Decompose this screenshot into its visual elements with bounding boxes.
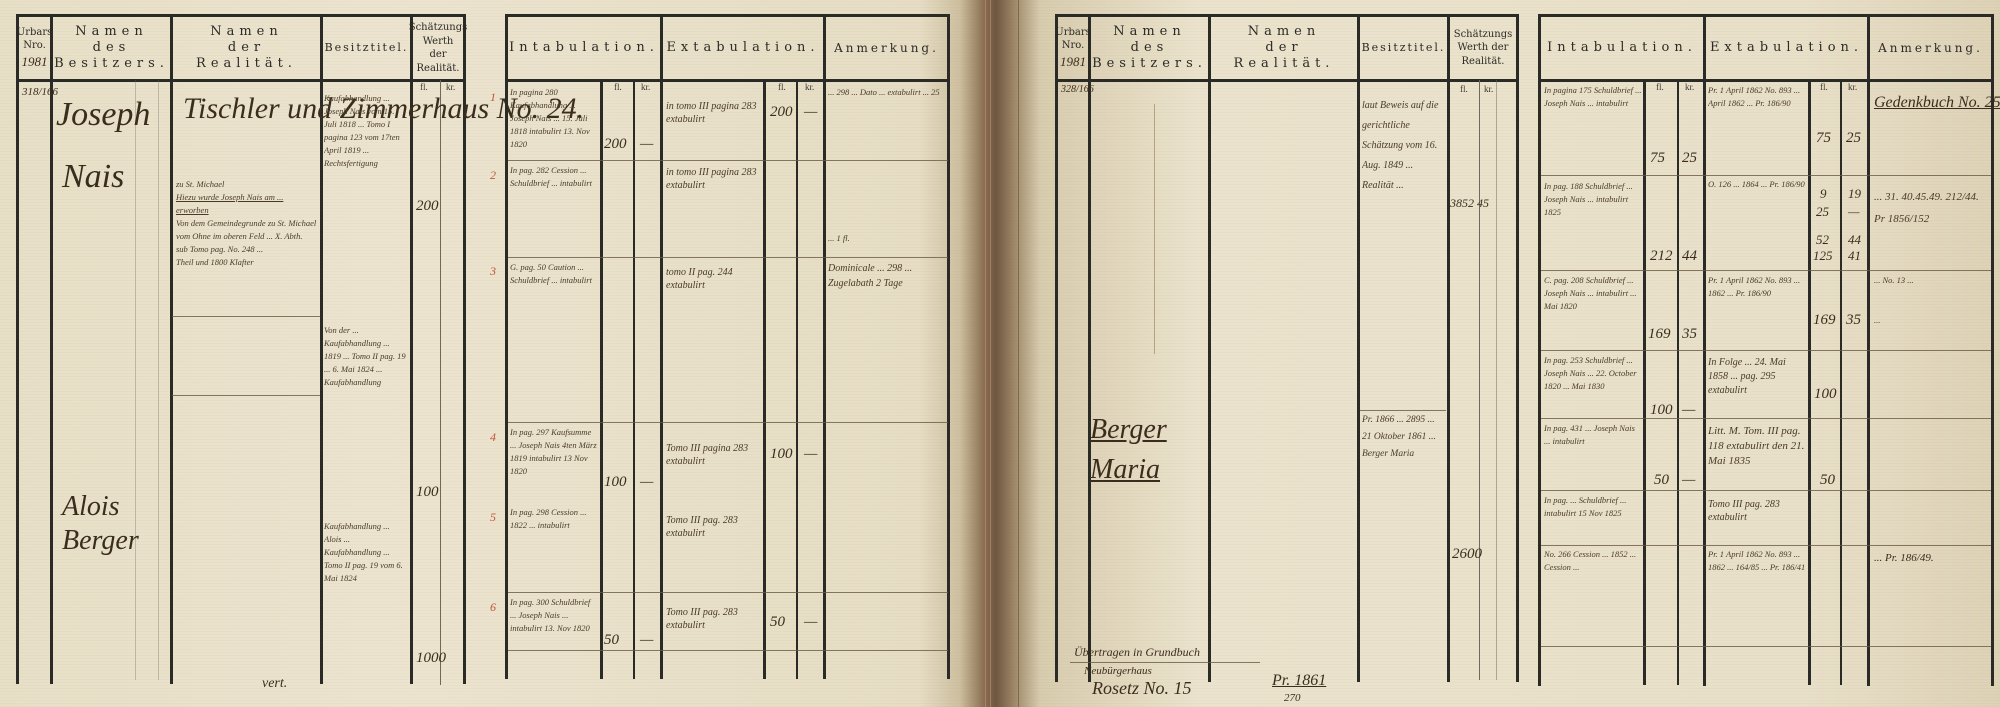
row-divider <box>1541 175 1991 176</box>
col-border <box>823 14 826 679</box>
currency-kr: kr. <box>446 82 455 92</box>
header-line: der <box>1265 40 1302 56</box>
besitztitel-entry: laut Beweis auf die gerichtliche Schätzu… <box>1362 96 1446 346</box>
intabulation-text: In pag. 298 Cession ... 1822 ... intabul… <box>510 506 598 590</box>
realitaet-line: Von dem Gemeindegrunde zu St. Michael <box>176 217 318 230</box>
int-fl: 100 <box>604 474 627 491</box>
anmerkung-text: ... 31. 40.45.49. 212/44. Pr 1856/152 <box>1874 186 1986 266</box>
extabulation-text: In Folge ... 24. Mai 1858 ... pag. 295 e… <box>1708 356 1806 416</box>
intabulation-text: In pagina 175 Schuldbrief ... Joseph Nai… <box>1544 84 1642 172</box>
col-divider-kr <box>440 80 441 685</box>
col-border <box>947 14 950 679</box>
werth-value: 2600 <box>1452 546 1482 563</box>
col-border <box>16 14 19 684</box>
col-border <box>660 14 663 679</box>
row-divider <box>1360 410 1446 411</box>
header-line: Schätzungs <box>409 21 468 35</box>
header-anmerkung: Anmerkung. <box>1870 17 1991 79</box>
header-line: Besitztitel. <box>1362 41 1446 55</box>
currency-kr: kr. <box>641 82 650 92</box>
owner-first-name: Joseph <box>56 96 150 134</box>
row-number: 4 <box>490 430 496 445</box>
intabulation-text: In pag. 188 Schuldbrief ... Joseph Nais … <box>1544 180 1642 268</box>
header-namen-realitaet: Namen der Realität. <box>173 17 320 79</box>
header-intabulation: Intabulation. <box>1541 17 1703 79</box>
intabulation-text: In pag. 253 Schuldbrief ... Joseph Nais … <box>1544 354 1642 416</box>
header-urbars: Urbars Nro. 1981 <box>19 17 50 79</box>
header-namen-realitaet: Namen der Realität. <box>1211 17 1357 79</box>
header-anmerkung: Anmerkung. <box>826 17 947 79</box>
col-border <box>1643 80 1646 685</box>
row-divider <box>508 257 948 258</box>
anmerkung-text: ... <box>1874 314 1986 424</box>
ext-fl: 50 <box>770 614 785 631</box>
col-border <box>1677 80 1679 685</box>
col-border <box>505 14 508 679</box>
int-fl: 100 <box>1650 402 1673 419</box>
page-edge <box>1018 0 1019 707</box>
transfer-ref-number: 270 <box>1284 692 1301 704</box>
ledger-spread: Urbars Nro. 1981 Namen des Besitzers. Na… <box>0 0 2000 707</box>
page-right-owners: Urbars Nro. 1981 Namen des Besitzers. Na… <box>1030 0 1530 707</box>
intabulation-text: In pag. 300 Schuldbrief ... Joseph Nais … <box>510 596 598 648</box>
row-number: 2 <box>490 168 496 183</box>
ext-kr: 41 <box>1848 248 1861 264</box>
page-left-owners: Urbars Nro. 1981 Namen des Besitzers. Na… <box>0 0 480 707</box>
header-line: Besitztitel. <box>325 41 409 55</box>
page-edge <box>985 0 986 707</box>
col-border <box>1991 14 1994 686</box>
underline <box>1070 662 1260 663</box>
header-line: Anmerkung. <box>834 41 939 56</box>
footnote-vert: vert. <box>262 676 287 692</box>
transfer-note-line: Übertragen in Grundbuch <box>1074 645 1200 660</box>
header-line: Realität. <box>1462 55 1505 69</box>
row-number: 1 <box>490 90 496 105</box>
intabulation-text: No. 266 Cession ... 1852 ... Cession ... <box>1544 548 1642 644</box>
extabulation-text: O. 126 ... 1864 ... Pr. 186/90 <box>1708 178 1806 268</box>
werth-value: 100 <box>416 484 439 501</box>
header-line: Intabulation. <box>1547 40 1697 56</box>
currency-kr: kr. <box>805 82 814 92</box>
ext-kr: 25 <box>1846 130 1861 147</box>
currency-fl: fl. <box>1460 84 1468 94</box>
currency-fl: fl. <box>420 82 428 92</box>
header-line: Werth der <box>1458 41 1509 55</box>
header-line: Werth der <box>413 35 463 62</box>
extabulation-text: in tomo III pagina 283 extabulirt <box>666 100 760 140</box>
transfer-note-line: Neubürgerhaus <box>1084 665 1152 677</box>
ext-fl: 169 <box>1813 312 1836 329</box>
row-number: 6 <box>490 600 496 615</box>
int-kr: — <box>640 632 653 649</box>
header-bottom-border <box>16 79 464 82</box>
header-line: Namen <box>1113 24 1186 40</box>
extabulation-text: Tomo III pag. 283 extabulirt <box>666 606 760 646</box>
col-border <box>1088 14 1091 682</box>
header-bottom-border <box>1538 79 1992 82</box>
intabulation-text: In pag. ... Schuldbrief ... intabulirt 1… <box>1544 494 1642 544</box>
intabulation-text: C. pag. 208 Schuldbrief ... Joseph Nais … <box>1544 274 1642 348</box>
realitaet-details: zu St. Michael Hiezu wurde Joseph Nais a… <box>176 178 318 308</box>
col-border <box>633 80 635 679</box>
header-line: Extabulation. <box>666 40 819 56</box>
transfer-note-line: Rosetz No. 15 <box>1092 678 1192 699</box>
col-border <box>1516 14 1519 682</box>
extabulation-text: Tomo III pag. 283 extabulirt <box>1708 498 1806 538</box>
currency-kr: kr. <box>1685 82 1694 92</box>
header-intabulation: Intabulation. <box>508 17 660 79</box>
row-number: 5 <box>490 510 496 525</box>
header-urbars-label: Urbars Nro. <box>17 26 52 53</box>
ext-fl: 100 <box>1814 386 1837 403</box>
int-fl: 75 <box>1650 150 1665 167</box>
folio-number: 1981 <box>1060 53 1086 71</box>
besitztitel-entry: Kaufabhandlung ... Joseph Nais vom 15. J… <box>324 92 408 232</box>
header-line: Intabulation. <box>509 40 659 56</box>
row-divider <box>1541 646 1991 647</box>
ext-kr: — <box>804 104 817 121</box>
header-line: Namen <box>210 24 283 40</box>
header-line: Besitzers. <box>1092 56 1207 72</box>
header-line: Realität. <box>1234 56 1335 72</box>
col-border <box>600 80 603 679</box>
header-line: Realität. <box>417 62 460 76</box>
ext-kr: 19 <box>1848 186 1861 202</box>
ext-fl: 100 <box>770 446 793 463</box>
currency-kr: kr. <box>1848 82 1857 92</box>
int-kr: — <box>640 136 653 153</box>
realitaet-line: sub Tomo pag. No. 248 ... <box>176 243 318 256</box>
extabulation-text: Pr. 1 April 1862 No. 893 ... 1862 ... Pr… <box>1708 274 1806 348</box>
owner-surname: Nais <box>62 158 124 196</box>
row-divider <box>1541 545 1991 546</box>
ext-kr: — <box>804 614 817 631</box>
int-fl: 212 <box>1650 248 1673 265</box>
header-bottom-border <box>505 79 948 82</box>
int-fl: 200 <box>604 136 627 153</box>
besitztitel-entry: Pr. 1866 ... 2895 ... 21 Oktober 1861 ..… <box>1362 412 1446 702</box>
currency-kr: kr. <box>1484 84 1493 94</box>
col-border <box>1055 14 1058 682</box>
extabulation-text: Tomo III pag. 283 extabulirt <box>666 514 760 554</box>
ext-kr: — <box>1848 204 1860 220</box>
anmerkung-text: ... 1 fl. <box>828 232 944 254</box>
extabulation-text: Pr. 1 April 1862 No. 893 ... April 1862 … <box>1708 84 1806 172</box>
werth-value: 200 <box>416 198 439 215</box>
intabulation-text: G. pag. 50 Caution ... Schuldbrief ... i… <box>510 261 598 419</box>
header-line: Schätzungs <box>1454 28 1513 42</box>
int-fl: 169 <box>1648 326 1671 343</box>
realitaet-line: Hiezu wurde Joseph Nais am ... erworben <box>176 191 318 217</box>
anmerkung-text: ... Pr. 186/49. <box>1874 552 1934 564</box>
col-border <box>1808 80 1811 685</box>
header-schaetzungswerth: Schätzungs Werth der Realität. <box>413 17 463 79</box>
int-kr: 44 <box>1682 248 1697 265</box>
anmerkung-text: ... 298 ... Dato ... extabulirt ... 25 <box>828 86 944 158</box>
currency-fl: fl. <box>778 82 786 92</box>
row-divider <box>172 395 320 396</box>
col-border <box>1208 14 1211 682</box>
intabulation-text: In pag. 431 ... Joseph Nais ... intabuli… <box>1544 422 1642 488</box>
werth-value: 1000 <box>416 650 446 667</box>
int-kr: 35 <box>1682 326 1697 343</box>
extabulation-text: Litt. M. Tom. III pag. 118 extabulirt de… <box>1708 424 1806 486</box>
later-owner-name: Alois Berger <box>62 490 162 558</box>
row-divider <box>1541 270 1991 271</box>
int-fl: 50 <box>604 632 619 649</box>
col-border <box>763 80 766 679</box>
realitaet-line: vom Ohne im oberen Feld ... X. Abth. <box>176 230 318 243</box>
header-line: der <box>228 40 265 56</box>
row-divider <box>508 160 948 161</box>
col-guide <box>158 80 159 680</box>
col-divider-kr <box>1479 80 1480 680</box>
int-kr: 25 <box>1682 150 1697 167</box>
intabulation-text: In pag. 282 Cession ... Schuldbrief ... … <box>510 164 598 254</box>
owner-name: Berger Maria <box>1090 410 1200 490</box>
intabulation-text: In pag. 297 Kaufsumme ... Joseph Nais 4t… <box>510 426 598 490</box>
header-line: Realität. <box>196 56 297 72</box>
ext-fl: 52 <box>1816 232 1829 248</box>
extabulation-text: tomo II pag. 244 extabulirt <box>666 266 760 306</box>
col-guide <box>1496 80 1497 680</box>
ext-kr: 35 <box>1846 312 1861 329</box>
page-right-tabulation: Intabulation. Extabulation. Anmerkung. f… <box>1530 0 2000 707</box>
header-namen-besitzers: Namen des Besitzers. <box>53 17 170 79</box>
int-kr: — <box>1682 402 1695 419</box>
realitaet-line: zu St. Michael <box>176 178 318 191</box>
col-guide <box>135 80 136 680</box>
row-number: 3 <box>490 264 496 279</box>
row-divider <box>508 650 948 651</box>
header-line: Extabulation. <box>1710 40 1863 56</box>
transfer-ref: Pr. 1861 <box>1272 672 1326 690</box>
ext-fl: 25 <box>1816 204 1829 220</box>
row-divider <box>172 316 320 317</box>
row-divider <box>1541 490 1991 491</box>
folio-number: 1981 <box>22 53 48 71</box>
int-kr: — <box>640 474 653 491</box>
intabulation-text: In pagina 280 Kaufabhandlung ... Joseph … <box>510 86 598 158</box>
anmerkung-text: Dominicale ... 298 ... Zugelabath 2 Tage <box>828 261 944 371</box>
header-urbars: Urbars Nro. 1981 <box>1058 17 1088 79</box>
realitaet-line: Theil und 1800 Klafter <box>176 256 318 269</box>
header-urbars-label: Urbars Nro. <box>1055 26 1090 53</box>
besitztitel-entry: Von der ... Kaufabhandlung ... 1819 ... … <box>324 324 408 514</box>
ext-fl: 200 <box>770 104 793 121</box>
header-extabulation: Extabulation. <box>663 17 823 79</box>
int-kr: — <box>1682 472 1695 489</box>
anmerkung-text: Gedenkbuch No. 25.49 <box>1874 94 2000 112</box>
col-border <box>170 14 173 684</box>
header-line: Anmerkung. <box>1878 41 1983 56</box>
currency-fl: fl. <box>1656 82 1664 92</box>
extabulation-text: Tomo III pagina 283 extabulirt <box>666 442 760 482</box>
ext-fl: 125 <box>1813 248 1833 264</box>
currency-fl: fl. <box>1820 82 1828 92</box>
col-border <box>796 80 798 679</box>
ext-kr: — <box>804 446 817 463</box>
col-border <box>1447 14 1450 682</box>
header-line: des <box>1131 40 1169 56</box>
col-border <box>1840 80 1842 685</box>
header-extabulation: Extabulation. <box>1706 17 1867 79</box>
header-schaetzungswerth: Schätzungs Werth der Realität. <box>1450 17 1516 79</box>
besitztitel-entry: Kaufabhandlung ... Alois ... Kaufabhandl… <box>324 520 408 690</box>
row-divider <box>508 422 948 423</box>
currency-fl: fl. <box>614 82 622 92</box>
paper-crease <box>1154 104 1155 354</box>
header-namen-besitzers: Namen des Besitzers. <box>1091 17 1208 79</box>
header-besitztitel: Besitztitel. <box>1360 17 1447 79</box>
page-left-tabulation: Intabulation. Extabulation. Anmerkung. f… <box>480 0 975 707</box>
header-line: des <box>93 40 131 56</box>
ext-fl: 75 <box>1816 130 1831 147</box>
row-divider <box>508 592 948 593</box>
page-edge <box>990 0 991 707</box>
werth-value: 3852 45 <box>1450 196 1489 211</box>
ext-fl: 50 <box>1820 472 1835 489</box>
header-besitztitel: Besitztitel. <box>323 17 410 79</box>
col-border <box>1357 14 1360 682</box>
header-line: Namen <box>75 24 148 40</box>
int-fl: 50 <box>1654 472 1669 489</box>
anmerkung-text: ... No. 13 ... <box>1874 274 1986 310</box>
extabulation-text: Pr. 1 April 1862 No. 893 ... 1862 ... 16… <box>1708 548 1806 644</box>
ext-fl: 9 <box>1820 186 1827 202</box>
header-line: Namen <box>1248 24 1321 40</box>
urbar-entry: 318/166 <box>22 86 58 98</box>
header-line: Besitzers. <box>54 56 169 72</box>
col-border <box>50 14 53 684</box>
urbar-entry: 328/166 <box>1061 84 1094 95</box>
extabulation-text: in tomo III pagina 283 extabulirt <box>666 166 760 206</box>
ext-kr: 44 <box>1848 232 1861 248</box>
